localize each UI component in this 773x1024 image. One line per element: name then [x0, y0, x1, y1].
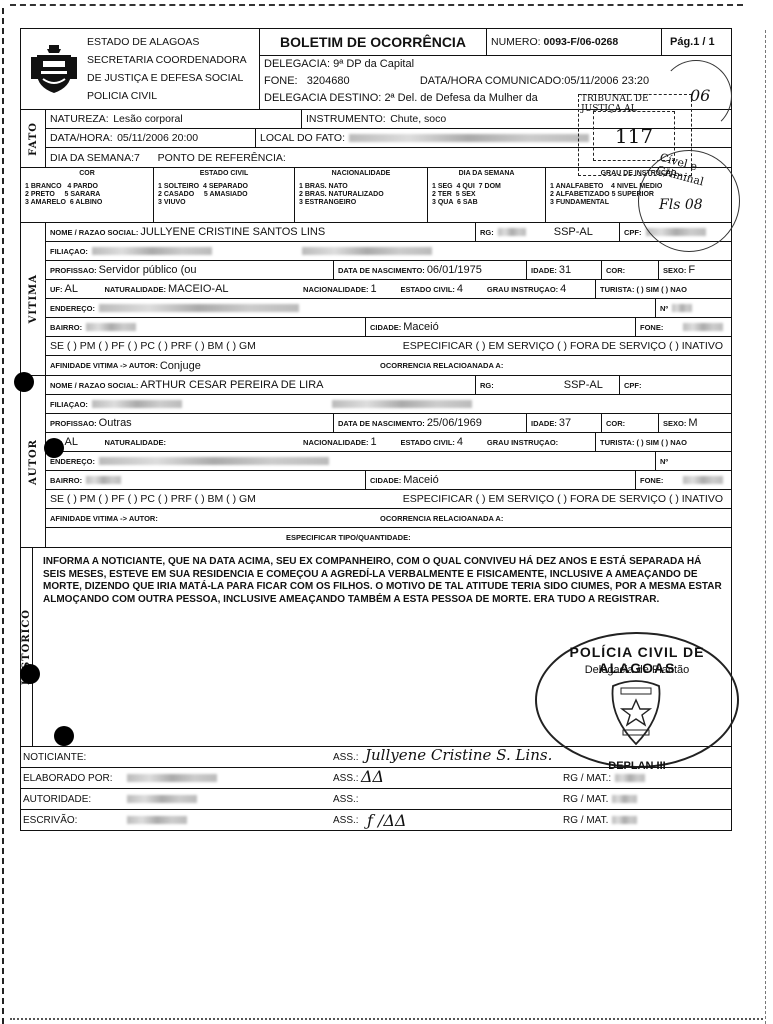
vitima-filiacao-row: FILIAÇAO: — [46, 242, 731, 261]
vitima-endereco-row: ENDEREÇO: Nº — [46, 299, 731, 318]
dia-label: DIA DA SEMANA: — [50, 152, 134, 164]
signature-row-escrivao: ESCRIVÃO: ASS.:ƒ /ΔΔ RG / MAT. — [21, 810, 731, 830]
vitima-cor-cell: COR: — [602, 261, 659, 279]
vitima-numero-cell: Nº — [656, 299, 731, 317]
redacted-fone — [683, 476, 723, 484]
sig-ass: ASS.: — [333, 794, 563, 805]
vitima-turista-cell: TURISTA: ( ) SIM ( ) NAO — [596, 280, 731, 298]
datahora-value: 05/11/2006 20:00 — [117, 132, 198, 144]
stamp-bottom-text: DEPLAN III — [537, 760, 737, 772]
vitima-profissao-row: PROFISSAO:Servidor público (ou DATA DE N… — [46, 261, 731, 280]
autor-profissao-row: PROFISSAO:Outras DATA DE NASCIMENTO:25/0… — [46, 414, 731, 433]
natureza-label: NATUREZA: — [50, 113, 109, 125]
autor-section: AUTOR NOME / RAZAO SOCIAL:ARTHUR CESAR P… — [21, 376, 731, 548]
redacted-filiacao-2 — [332, 400, 472, 408]
legend-cor: COR1 BRANCO 4 PARDO 2 PRETO 5 SARARA 3 A… — [21, 168, 154, 222]
autor-uf-cell: UF:AL NATURALIDADE: NACIONALIDADE:1 ESTA… — [46, 433, 596, 451]
fato-side-label: FATO — [21, 110, 46, 167]
numero-label: NUMERO: — [491, 36, 541, 48]
autor-turista-cell: TURISTA: ( ) SIM ( ) NAO — [596, 433, 731, 451]
sig-label: AUTORIDADE: — [21, 794, 123, 805]
autor-nome: ARTHUR CESAR PEREIRA DE LIRA — [140, 379, 323, 391]
sig-rg: RG / MAT.: — [563, 773, 731, 784]
redacted-filiacao — [92, 247, 212, 255]
autor-cidade-cell: CIDADE:Maceió — [366, 471, 636, 489]
vitima-fone-cell: FONE: — [636, 318, 731, 336]
redacted-fone — [683, 323, 723, 331]
vitima-profissao-cell: PROFISSAO:Servidor público (ou — [46, 261, 334, 279]
instrumento-value: Chute, soco — [390, 113, 446, 125]
partial-circle-stamp — [660, 60, 732, 132]
autor-ocorrencia-cell: OCORRENCIA RELACIOANADA A: — [376, 509, 731, 527]
org-justica: DE JUSTIÇA E DEFESA SOCIAL — [87, 72, 247, 84]
sig-rg: RG / MAT. — [563, 815, 731, 826]
vitima-nasc-cell: DATA DE NASCIMENTO:06/01/1975 — [334, 261, 527, 279]
document-title: BOLETIM DE OCORRÊNCIA — [260, 29, 487, 55]
page-left-edge — [2, 8, 6, 1024]
delegacia-label: DELEGACIA: — [264, 58, 330, 70]
historico-side-label: HISTORICO — [21, 548, 33, 746]
signature-row-autoridade: AUTORIDADE: ASS.: RG / MAT. — [21, 789, 731, 810]
org-state: ESTADO DE ALAGOAS — [87, 36, 247, 48]
vitima-uf-cell: UF:AL NATURALIDADE:MACEIO-AL NACIONALIDA… — [46, 280, 596, 298]
redacted-numero — [672, 304, 692, 312]
vitima-se-line: SE ( ) PM ( ) PF ( ) PC ( ) PRF ( ) BM (… — [46, 337, 350, 356]
sig-label: ESCRIVÃO: — [21, 815, 123, 826]
document-number: NUMERO: 0093-F/06-0268 — [487, 29, 662, 55]
comunicado-value: 05/11/2006 23:20 — [564, 75, 649, 87]
redacted-local — [349, 134, 589, 142]
autor-afinidade-cell: AFINIDADE VITIMA -> AUTOR: — [46, 509, 376, 527]
redacted-mat — [612, 795, 637, 803]
delegacia-value: 9ª DP da Capital — [333, 58, 414, 70]
punch-hole — [54, 726, 74, 746]
autor-profissao-cell: PROFISSAO:Outras — [46, 414, 334, 432]
codes-legend: COR1 BRANCO 4 PARDO 2 PRETO 5 SARARA 3 A… — [21, 168, 731, 223]
autor-filiacao-row: FILIAÇAO: — [46, 395, 731, 414]
destino-value: 2ª Del. de Defesa da Mulher da — [384, 92, 537, 104]
redacted-endereco — [99, 457, 329, 465]
vitima-side-label: VITIMA — [21, 223, 46, 375]
autor-nome-row: NOME / RAZAO SOCIAL:ARTHUR CESAR PEREIRA… — [46, 376, 731, 395]
vitima-filiacao-cell: FILIAÇAO: — [46, 242, 731, 260]
org-secretaria: SECRETARIA COORDENADORA — [87, 54, 247, 66]
redacted-name — [127, 816, 187, 824]
redacted-filiacao-2 — [302, 247, 432, 255]
vitima-nome-cell: NOME / RAZAO SOCIAL:JULLYENE CRISTINE SA… — [46, 223, 476, 241]
redacted-mat — [612, 816, 637, 824]
autor-afinidade-row: AFINIDADE VITIMA -> AUTOR: OCORRENCIA RE… — [46, 509, 731, 528]
punch-hole — [44, 438, 64, 458]
punch-hole — [14, 372, 34, 392]
fone-value: 3204680 — [307, 73, 417, 90]
vitima-uf-row: UF:AL NATURALIDADE:MACEIO-AL NACIONALIDA… — [46, 280, 731, 299]
autor-se-row: SE ( ) PM ( ) PF ( ) PC ( ) PRF ( ) BM (… — [46, 490, 731, 509]
sig-ass: ASS.:ΔΔ — [333, 773, 563, 784]
natureza-cell: NATUREZA: Lesão corporal — [46, 110, 302, 128]
datahora-cell: DATA/HORA: 05/11/2006 20:00 — [46, 129, 256, 147]
stamp-sub-text: Delegacia de Plantão — [537, 664, 737, 676]
autor-side-label: AUTOR — [21, 376, 46, 547]
comunicado-label: DATA/HORA COMUNICADO: — [420, 75, 564, 87]
redacted-bairro — [86, 476, 121, 484]
vitima-especificar-line: ESPECIFICAR ( ) EM SERVIÇO ( ) FORA DE S… — [350, 337, 731, 356]
autor-rg-cell: RG:SSP-AL — [476, 376, 620, 394]
vitima-rg-cell: RG:SSP-AL — [476, 223, 620, 241]
delegacia-line: DELEGACIA: 9ª DP da Capital — [260, 56, 731, 73]
autor-sexo-cell: SEXO:M — [659, 414, 731, 432]
redacted-bairro — [86, 323, 136, 331]
autor-uf-row: UF:AL NATURALIDADE: NACIONALIDADE:1 ESTA… — [46, 433, 731, 452]
redacted-name — [127, 795, 197, 803]
autor-tipo-cell: ESPECIFICAR TIPO/QUANTIDADE: — [46, 528, 731, 547]
sig-name — [123, 773, 333, 784]
autor-numero-cell: Nº — [656, 452, 731, 470]
autor-filiacao-cell: FILIAÇAO: — [46, 395, 731, 413]
redacted-rg — [498, 228, 526, 236]
vitima-afinidade-cell: AFINIDADE VITIMA -> AUTOR:Conjuge — [46, 356, 376, 375]
local-label: LOCAL DO FATO: — [260, 132, 345, 144]
folha-number: Fls 08 — [659, 197, 703, 213]
org-block: ESTADO DE ALAGOAS SECRETARIA COORDENADOR… — [21, 29, 260, 109]
numero-value: 0093-F/06-0268 — [544, 36, 619, 48]
autor-endereco-row: ENDEREÇO: Nº — [46, 452, 731, 471]
redacted-endereco — [99, 304, 299, 312]
escrivao-signature-mark: ƒ /ΔΔ — [367, 811, 407, 830]
page-indicator: Pág.1 / 1 — [662, 29, 731, 55]
vitima-bairro-cell: BAIRRO: — [46, 318, 366, 336]
datahora-label: DATA/HORA: — [50, 132, 113, 144]
page-right-edge — [765, 30, 767, 1024]
referencia-label: PONTO DE REFERÊNCIA: — [158, 152, 286, 164]
sig-rg: RG / MAT. — [563, 794, 731, 805]
vitima-nome-row: NOME / RAZAO SOCIAL:JULLYENE CRISTINE SA… — [46, 223, 731, 242]
vitima-ocorrencia-cell: OCORRENCIA RELACIOANADA A: — [376, 356, 731, 375]
title-row: BOLETIM DE OCORRÊNCIA NUMERO: 0093-F/06-… — [260, 29, 731, 56]
sig-label: NOTICIANTE: — [21, 752, 123, 763]
civel-criminal-stamp: Cível e Criminal Fls 08 — [638, 150, 740, 252]
vitima-sexo-cell: SEXO:F — [659, 261, 731, 279]
org-policia: POLICIA CIVIL — [87, 90, 247, 102]
vitima-idade-cell: IDADE:31 — [527, 261, 602, 279]
instrumento-label: INSTRUMENTO: — [306, 113, 386, 125]
autor-endereco-cell: ENDEREÇO: — [46, 452, 656, 470]
redacted-mat — [615, 774, 645, 782]
sig-label: ELABORADO POR: — [21, 773, 123, 784]
page-bottom-edge — [10, 1018, 763, 1020]
sig-name — [123, 794, 333, 805]
natureza-value: Lesão corporal — [113, 113, 182, 125]
elaborado-signature-mark: ΔΔ — [361, 767, 384, 786]
sig-ass: ASS.:ƒ /ΔΔ — [333, 815, 563, 826]
autor-se-line: SE ( ) PM ( ) PF ( ) PC ( ) PRF ( ) BM (… — [46, 490, 350, 509]
autor-idade-cell: IDADE:37 — [527, 414, 602, 432]
state-coat-of-arms-icon — [21, 29, 87, 109]
destino-label: DELEGACIA DESTINO: — [264, 92, 381, 104]
noticiante-signature: Jullyene Cristine S. Lins. — [365, 746, 552, 764]
autor-nasc-cell: DATA DE NASCIMENTO:25/06/1969 — [334, 414, 527, 432]
org-names: ESTADO DE ALAGOAS SECRETARIA COORDENADOR… — [87, 29, 247, 109]
dia-value: 7 — [134, 152, 140, 164]
autor-tipo-row: ESPECIFICAR TIPO/QUANTIDADE: — [46, 528, 731, 547]
autor-bairro-cell: BAIRRO: — [46, 471, 366, 489]
vitima-se-row: SE ( ) PM ( ) PF ( ) PC ( ) PRF ( ) BM (… — [46, 337, 731, 356]
vitima-cidade-cell: CIDADE:Maceió — [366, 318, 636, 336]
legend-dia-semana: DIA DA SEMANA1 SEG 4 QUI 7 DOM 2 TER 5 S… — [428, 168, 546, 222]
vitima-afinidade-row: AFINIDADE VITIMA -> AUTOR:Conjuge OCORRE… — [46, 356, 731, 375]
vitima-nome: JULLYENE CRISTINE SANTOS LINS — [140, 226, 325, 238]
legend-estado-civil: ESTADO CIVIL1 SOLTEIRO 4 SEPARADO 2 CASA… — [154, 168, 295, 222]
historico-text: INFORMA A NOTICIANTE, QUE NA DATA ACIMA,… — [43, 556, 723, 606]
autor-cor-cell: COR: — [602, 414, 659, 432]
policia-civil-stamp: POLÍCIA CIVIL DE ALAGOAS Delegacia de Pl… — [535, 632, 739, 768]
legend-nacionalidade: NACIONALIDADE1 BRAS. NATO 2 BRAS. NATURA… — [295, 168, 428, 222]
autor-bairro-row: BAIRRO: CIDADE:Maceió FONE: — [46, 471, 731, 490]
autor-nome-cell: NOME / RAZAO SOCIAL:ARTHUR CESAR PEREIRA… — [46, 376, 476, 394]
sig-ass: ASS.:Jullyene Cristine S. Lins. — [333, 752, 563, 763]
autor-fone-cell: FONE: — [636, 471, 731, 489]
fone-label: FONE: — [264, 75, 298, 87]
autor-especificar-line: ESPECIFICAR ( ) EM SERVIÇO ( ) FORA DE S… — [350, 490, 731, 509]
redacted-filiacao — [92, 400, 182, 408]
page-top-edge — [10, 4, 743, 6]
sig-name — [123, 815, 333, 826]
autor-cpf-cell: CPF: — [620, 376, 731, 394]
punch-hole — [20, 664, 40, 684]
vitima-endereco-cell: ENDEREÇO: — [46, 299, 656, 317]
vitima-bairro-row: BAIRRO: CIDADE:Maceió FONE: — [46, 318, 731, 337]
vitima-section: VITIMA NOME / RAZAO SOCIAL:JULLYENE CRIS… — [21, 223, 731, 376]
police-badge-icon — [607, 678, 665, 748]
redacted-name — [127, 774, 217, 782]
